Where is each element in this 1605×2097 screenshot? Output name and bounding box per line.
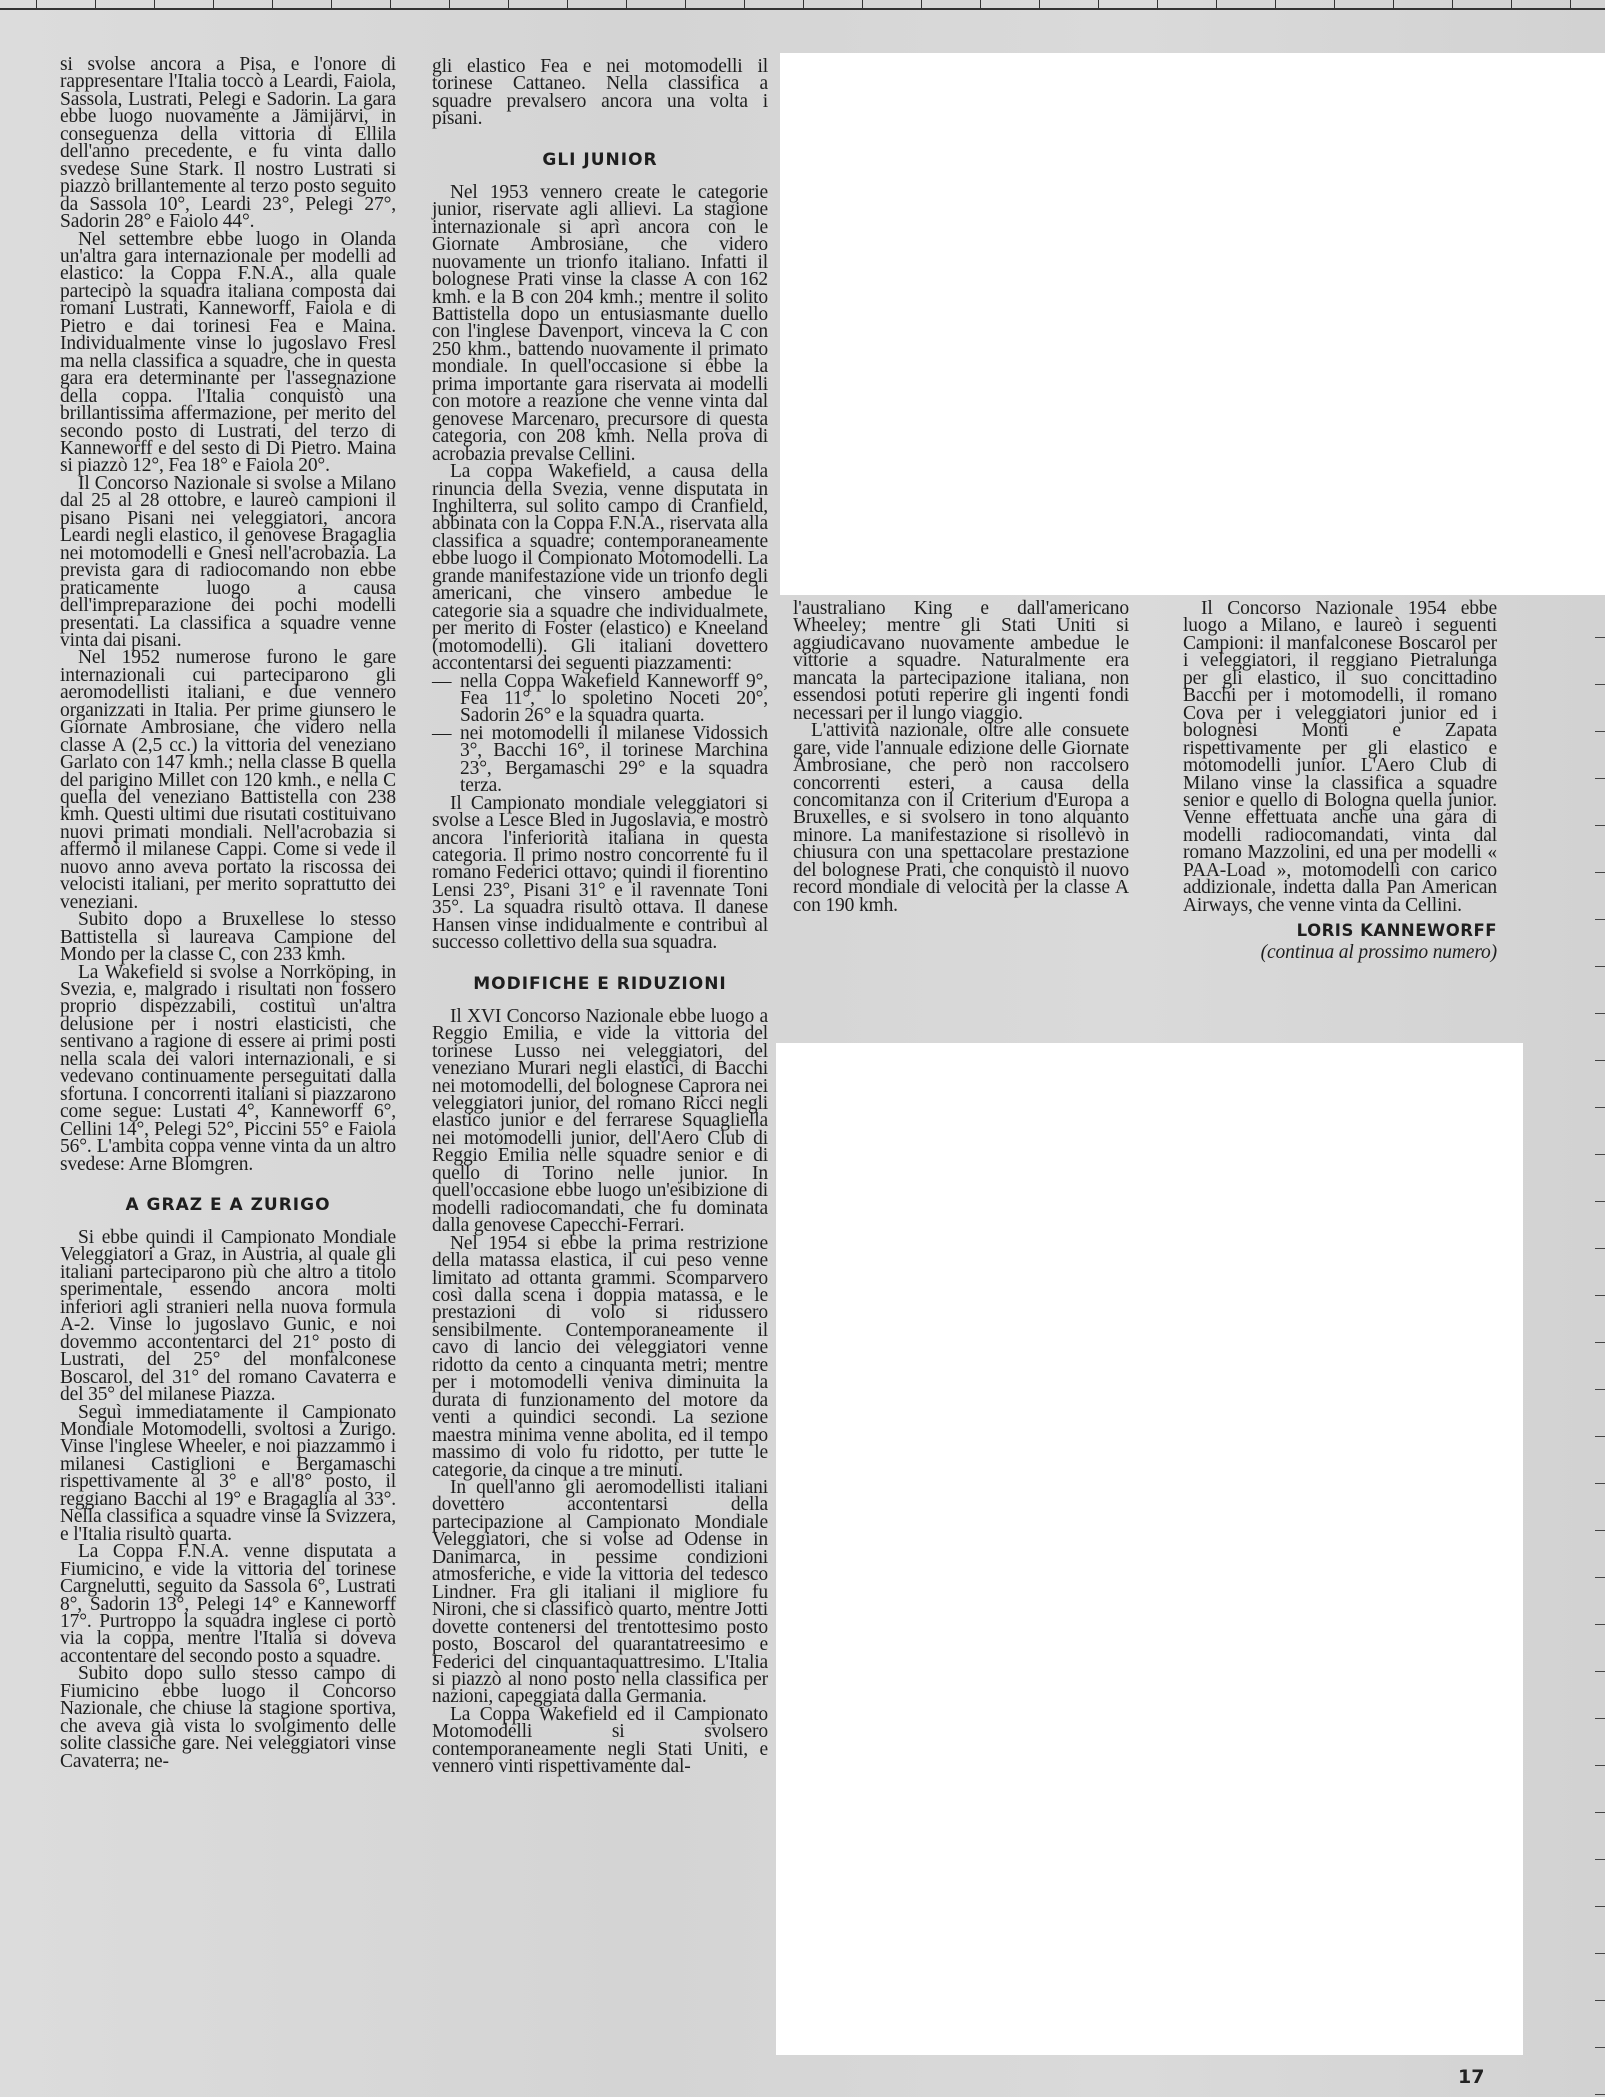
blank-area-top	[780, 53, 1605, 595]
paragraph: La Coppa F.N.A. venne disputata a Fiumic…	[60, 1543, 396, 1665]
ruler-tick	[1595, 1342, 1605, 1343]
ruler-tick	[1595, 1013, 1605, 1014]
paragraph: Si ebbe quindi il Campionato Mondiale Ve…	[60, 1229, 396, 1404]
ruler-tick	[213, 0, 214, 8]
paragraph: Nel settembre ebbe luogo in Olanda un'al…	[60, 231, 396, 475]
ruler-tick	[1595, 1530, 1605, 1531]
ruler-tick	[626, 0, 627, 8]
ruler-tick	[1275, 0, 1276, 8]
paragraph: Il Concorso Nazionale si svolse a Milano…	[60, 475, 396, 650]
placement-list: —nella Coppa Wakefield Kanneworff 9°, Fe…	[432, 673, 768, 795]
ruler-tick	[1595, 684, 1605, 685]
ruler-tick	[1452, 0, 1453, 8]
ruler-tick	[1157, 0, 1158, 8]
ruler-tick	[1595, 1577, 1605, 1578]
ruler-tick	[1595, 778, 1605, 779]
ruler-tick	[1595, 1906, 1605, 1907]
ruler-tick	[1595, 637, 1605, 638]
ruler-tick	[567, 0, 568, 8]
ruler-tick	[744, 0, 745, 8]
paragraph: L'attività nazionale, oltre alle consuet…	[793, 722, 1129, 914]
ruler-tick	[1595, 1953, 1605, 1954]
ruler-tick	[1595, 1295, 1605, 1296]
ruler-tick	[154, 0, 155, 8]
paragraph: Subito dopo a Bruxellese lo stesso Batti…	[60, 911, 396, 963]
paragraph: gli elastico Fea e nei motomodelli il to…	[432, 58, 768, 128]
ruler-tick	[1595, 1671, 1605, 1672]
paragraph: La Wakefield si svolse a Norrköping, in …	[60, 964, 396, 1173]
section-heading: A GRAZ E A ZURIGO	[60, 1195, 396, 1215]
ruler-tick	[1595, 731, 1605, 732]
paragraph: l'australiano King e dall'americano Whee…	[793, 600, 1129, 722]
ruler-tick	[685, 0, 686, 8]
ruler-tick	[1595, 1107, 1605, 1108]
paragraph: In quell'anno gli aeromodellisti italian…	[432, 1479, 768, 1706]
ruler-tick	[1595, 2000, 1605, 2001]
paragraph: Il XVI Concorso Nazionale ebbe luogo a R…	[432, 1008, 768, 1235]
ruler-tick	[1595, 1389, 1605, 1390]
ruler-tick	[1570, 0, 1571, 8]
ruler-tick	[1595, 1859, 1605, 1860]
ruler-tick	[921, 0, 922, 8]
ruler-tick	[449, 0, 450, 8]
ruler-tick	[331, 0, 332, 8]
ruler-tick	[1595, 2047, 1605, 2048]
section-heading: GLI JUNIOR	[432, 150, 768, 170]
ruler-tick	[1595, 1765, 1605, 1766]
ruler-tick	[803, 0, 804, 8]
dash-bullet: —	[432, 725, 460, 742]
paragraph: Nel 1954 si ebbe la prima restrizione de…	[432, 1235, 768, 1479]
paragraph: Il Concorso Nazionale 1954 ebbe luogo a …	[1183, 600, 1497, 914]
ruler-tick	[1511, 0, 1512, 8]
section-heading: MODIFICHE E RIDUZIONI	[432, 974, 768, 994]
ruler-tick	[36, 0, 37, 8]
ruler-tick	[272, 0, 273, 8]
paragraph: La coppa Wakefield, a causa della rinunc…	[432, 463, 768, 672]
ruler-tick	[390, 0, 391, 8]
ruler-tick	[1595, 1624, 1605, 1625]
ruler-tick	[1595, 1812, 1605, 1813]
article-column-4: Il Concorso Nazionale 1954 ebbe luogo a …	[1183, 600, 1497, 961]
ruler-tick	[1393, 0, 1394, 8]
ruler-tick	[980, 0, 981, 8]
ruler-tick	[1595, 872, 1605, 873]
paragraph: Nel 1952 numerose furono le gare interna…	[60, 649, 396, 911]
ruler-tick	[508, 0, 509, 8]
ruler-tick	[1595, 1248, 1605, 1249]
ruler-tick	[1216, 0, 1217, 8]
author-byline: LORIS KANNEWORFF	[1183, 922, 1497, 939]
paragraph: Subito dopo sullo stesso campo di Fiumic…	[60, 1665, 396, 1770]
ruler-tick	[1595, 966, 1605, 967]
ruler-tick	[1595, 1201, 1605, 1202]
ruler-tick	[1595, 919, 1605, 920]
ruler-tick	[862, 0, 863, 8]
ruler-tick	[1595, 2094, 1605, 2095]
dash-bullet: —	[432, 673, 460, 690]
ruler-tick	[95, 0, 96, 8]
ruler-tick	[1595, 1483, 1605, 1484]
paragraph: Nel 1953 vennero create le categorie jun…	[432, 184, 768, 463]
paragraph: La Coppa Wakefield ed il Campionato Moto…	[432, 1706, 768, 1776]
ruler-tick	[1595, 1436, 1605, 1437]
page-number: 17	[1458, 2066, 1484, 2088]
ruler-tick	[1098, 0, 1099, 8]
list-item: —nella Coppa Wakefield Kanneworff 9°, Fe…	[432, 673, 768, 725]
ruler-tick	[1595, 825, 1605, 826]
paragraph: Seguì immediatamente il Campionato Mondi…	[60, 1404, 396, 1544]
paragraph: Il Campionato mondiale veleggiatori si s…	[432, 795, 768, 952]
ruler-tick	[1039, 0, 1040, 8]
list-item: —nei motomodelli il milanese Vidossich 3…	[432, 725, 768, 795]
continued-note: (continua al prossimo numero)	[1183, 944, 1497, 961]
ruler-tick	[1595, 1154, 1605, 1155]
top-ruler	[0, 0, 1605, 10]
ruler-tick	[1595, 1718, 1605, 1719]
article-column-3: l'australiano King e dall'americano Whee…	[793, 600, 1129, 914]
paragraph: si svolse ancora a Pisa, e l'onore di ra…	[60, 56, 396, 231]
ruler-tick	[1595, 1060, 1605, 1061]
article-column-2: gli elastico Fea e nei motomodelli il to…	[432, 58, 768, 1776]
blank-area-bottom	[776, 1043, 1523, 2055]
ruler-tick	[1334, 0, 1335, 8]
article-column-1: si svolse ancora a Pisa, e l'onore di ra…	[60, 56, 396, 1770]
